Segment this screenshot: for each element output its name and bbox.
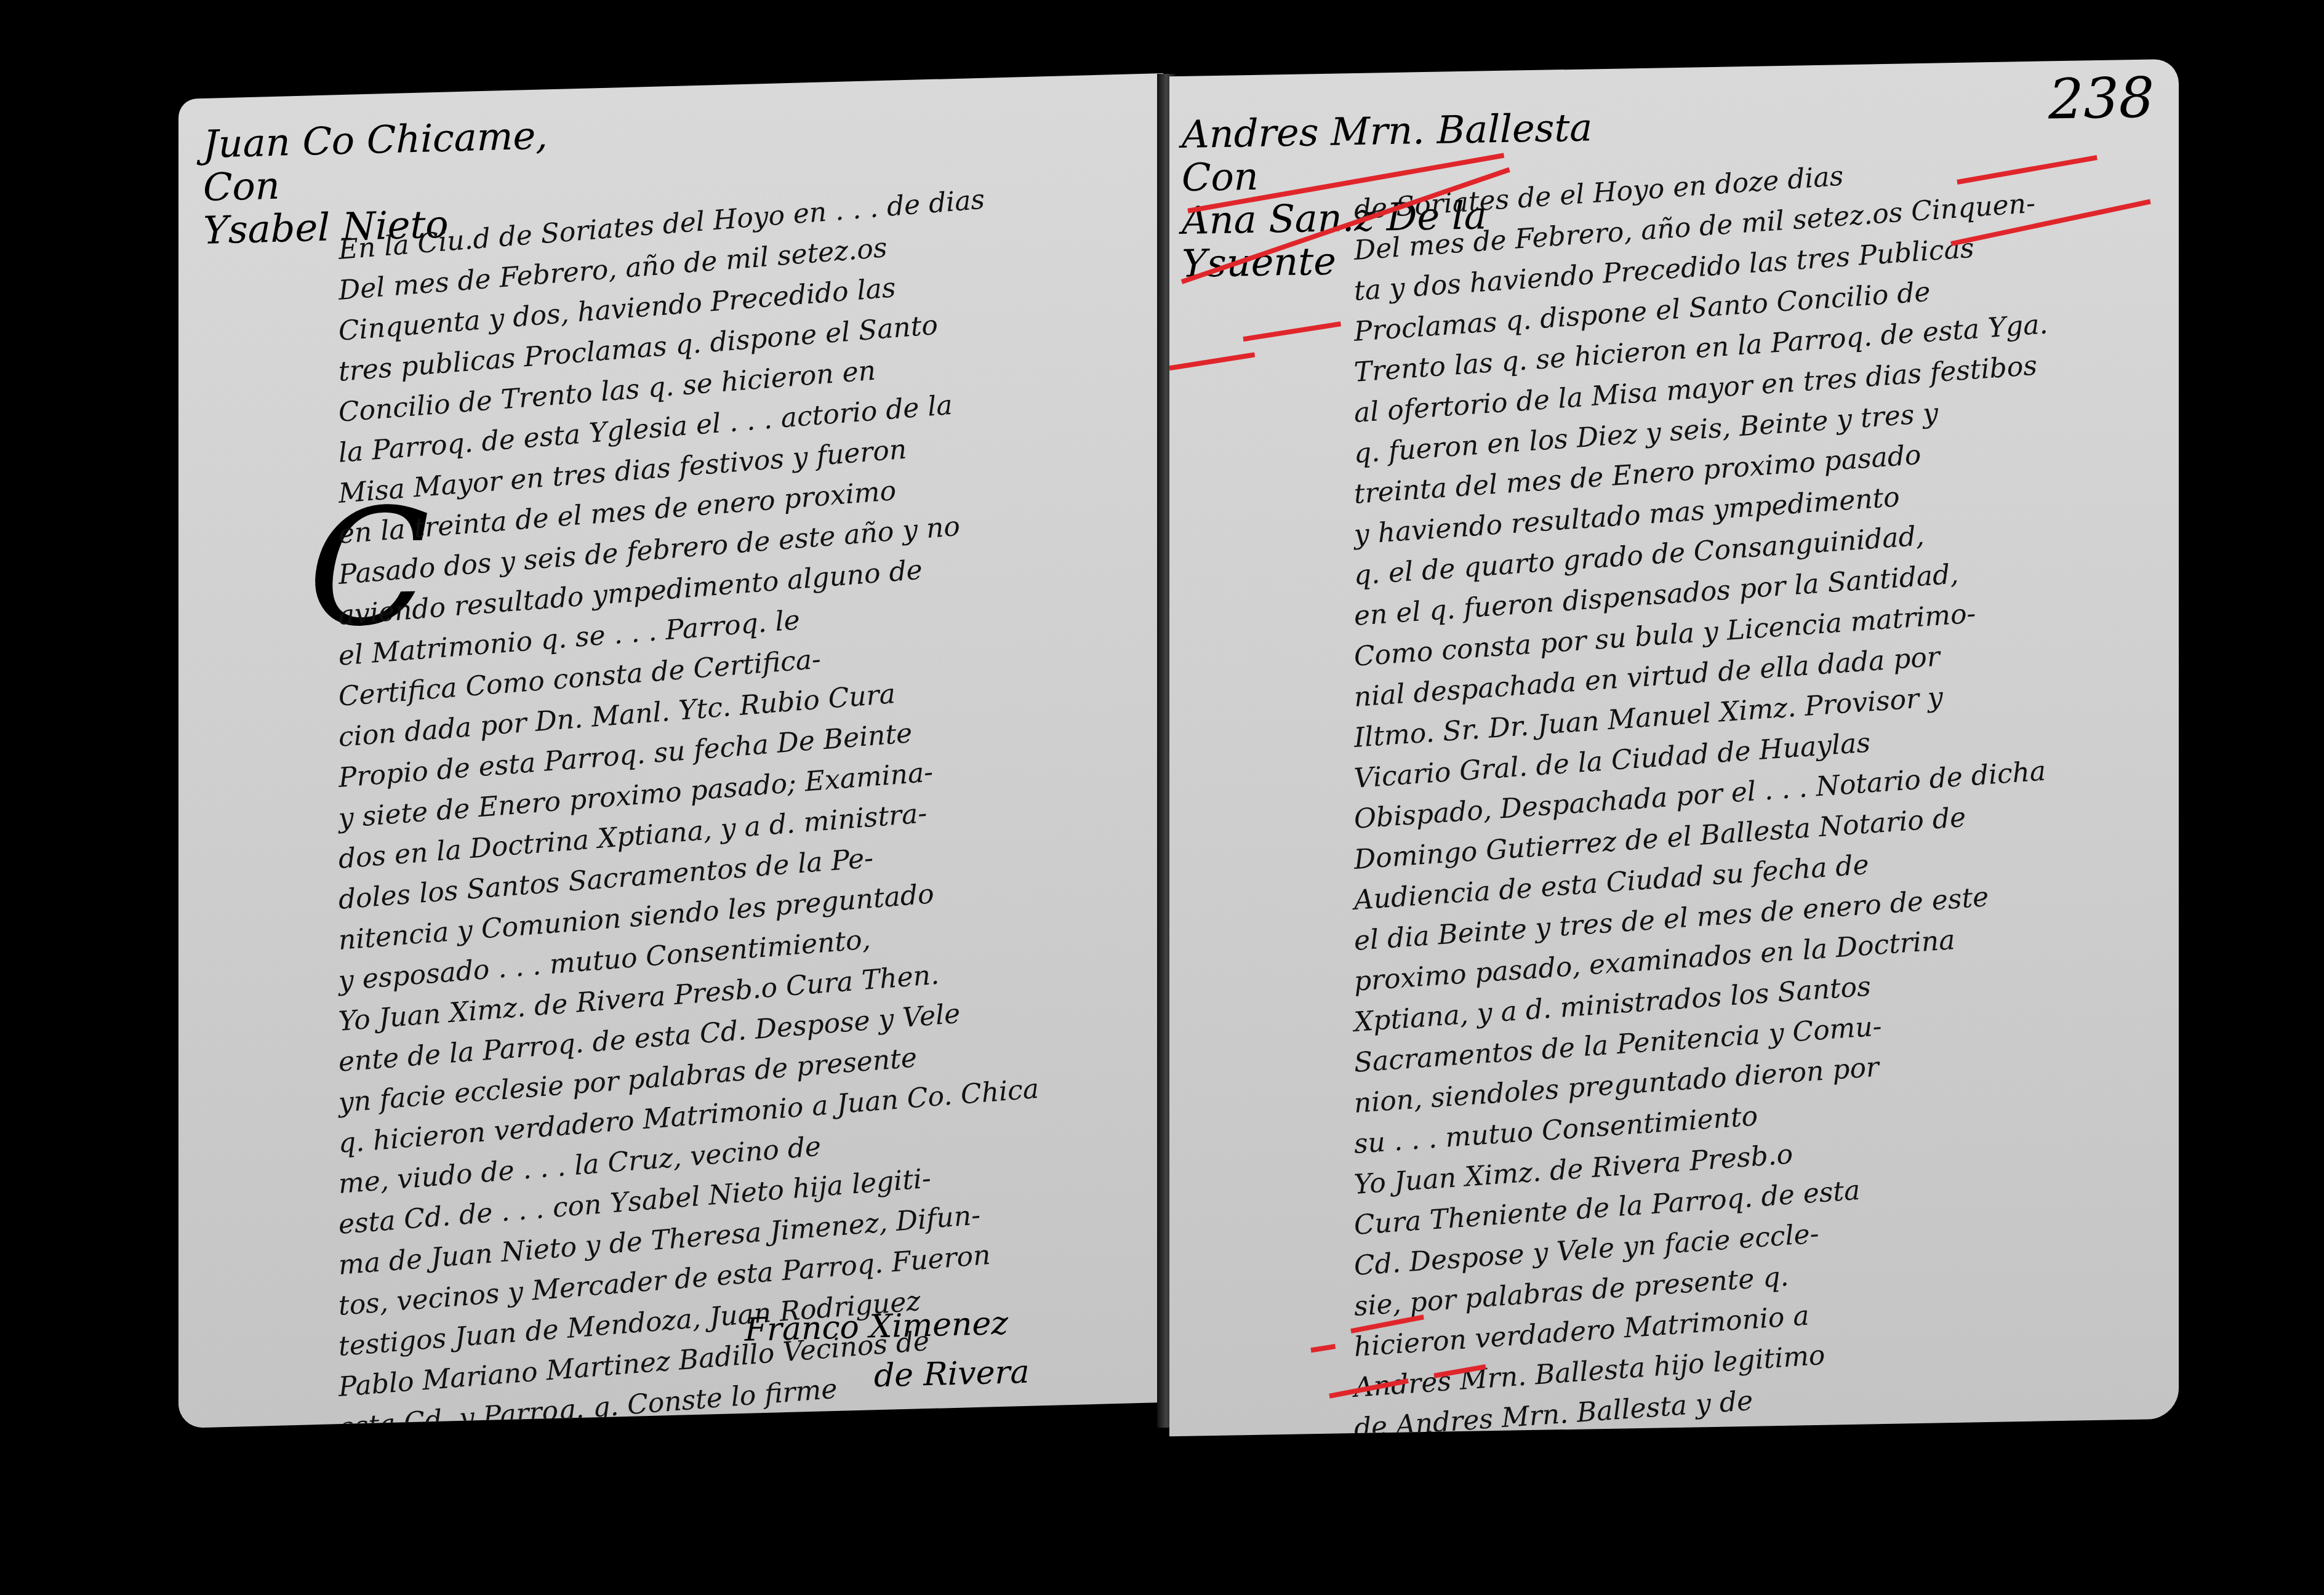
margin-note-line: Juan Co Chicame, Con (203, 114, 548, 209)
signature-franco-ximenez: Franco Ximenez (745, 1302, 1008, 1352)
folio-number: 238 (2048, 65, 2154, 132)
left-page: Juan Co Chicame, Con Ysabel Nieto C En l… (178, 73, 1163, 1428)
signature-de-rivera: de Rivera (874, 1351, 1029, 1398)
left-body-text: En la Ciu.d de Soriates del Hoyo en . . … (339, 212, 1040, 1428)
right-body-text: de Soriates de el Hoyo en doze dias Del … (1354, 178, 2049, 1436)
manuscript-scan: Juan Co Chicame, Con Ysabel Nieto C En l… (0, 0, 2324, 1595)
right-page: 238 Andres Mrn. Ballesta Con Ana San.z D… (1169, 59, 2179, 1437)
red-underline (1310, 1344, 1336, 1353)
red-underline (1310, 1433, 1494, 1436)
red-underline (1169, 352, 1255, 370)
red-underline (1243, 321, 1341, 342)
